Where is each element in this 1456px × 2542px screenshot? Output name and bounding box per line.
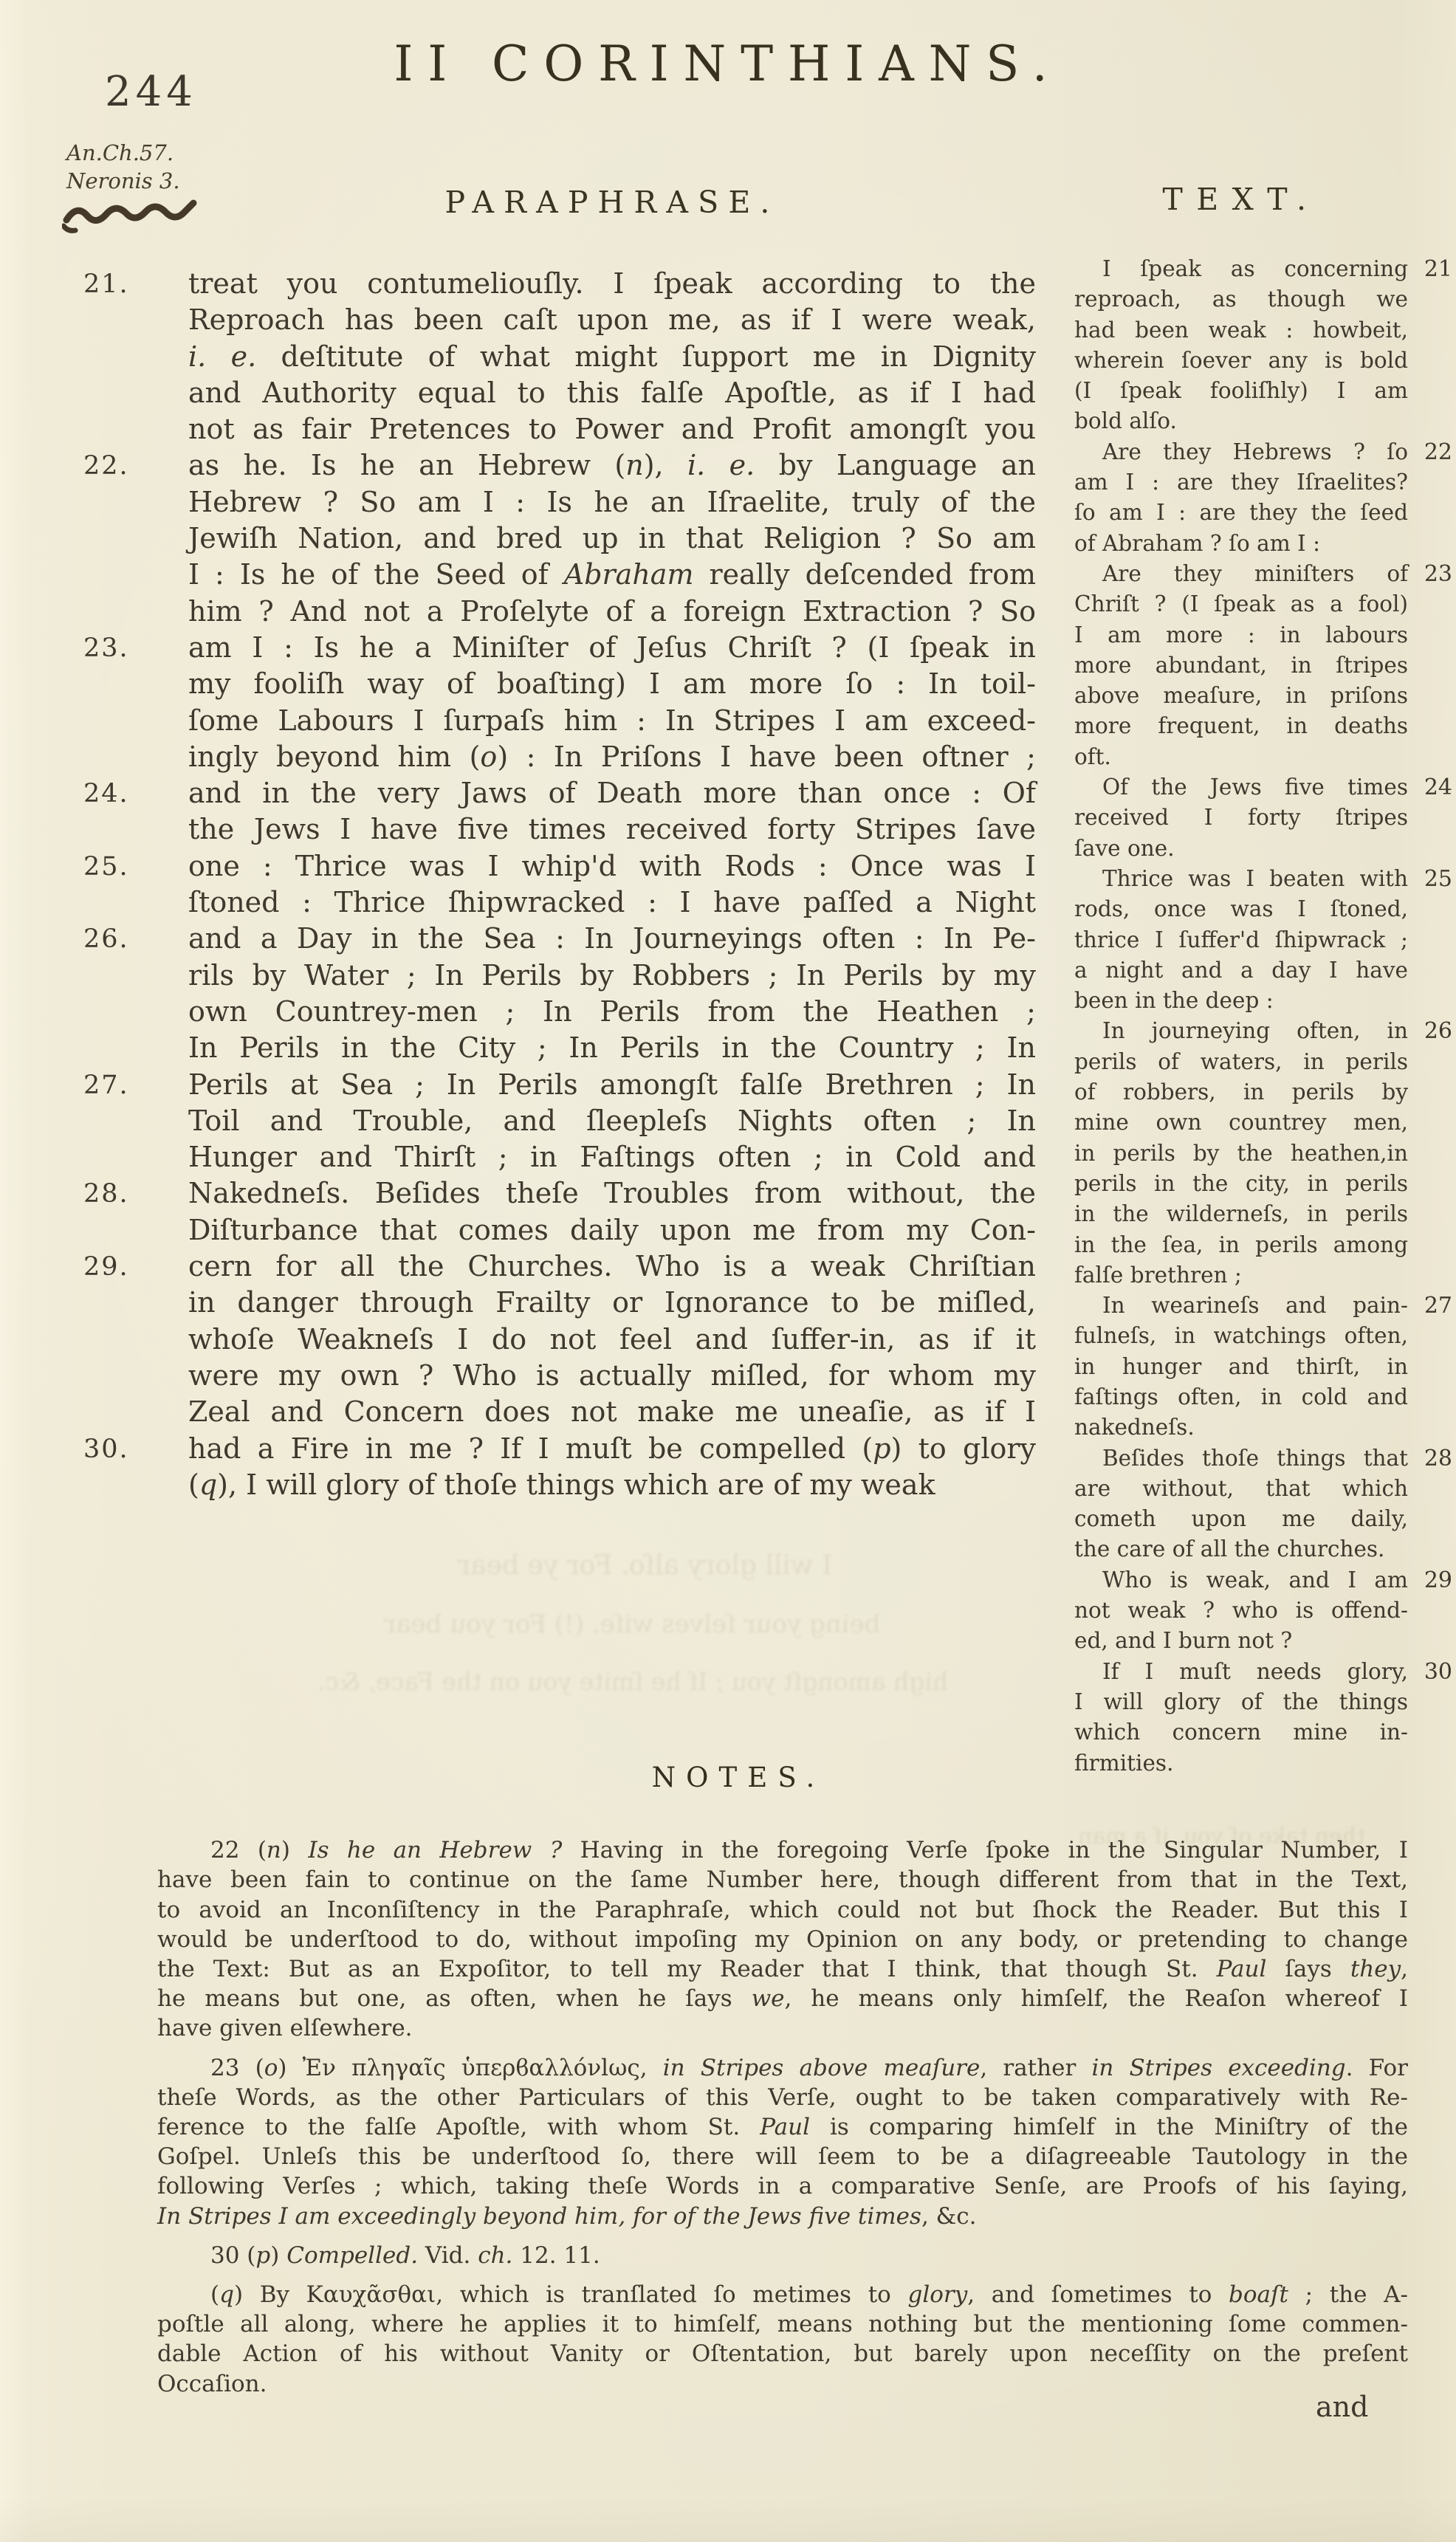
text-line: Hebrew ? So am I : Is he an Iſraelite, t…: [188, 484, 1036, 521]
text-line-content: Are they Hebrews ? ſo: [1102, 439, 1408, 464]
note-23o: 23 (o) Ἐν πληγαῖς ὑπερϐαλλόνlως, in Stri…: [157, 2053, 1408, 2231]
text-line: one : Thrice was I whip'd with Rods : On…: [188, 848, 1036, 884]
text-line-content: Beſides thoſe things that: [1102, 1446, 1408, 1471]
text-line: rods, once was I ſtoned,: [1074, 894, 1408, 924]
text-line: and Authority equal to this falſe Apoſtl…: [188, 375, 1036, 411]
text-line-content: In journeying often, in: [1102, 1018, 1408, 1043]
text-line-content: of robbers, in perils by: [1074, 1079, 1408, 1105]
text-line-content: perils in the city, in perils: [1074, 1171, 1408, 1196]
text-line-content: Chriſt ? (I ſpeak as a fool): [1074, 591, 1408, 616]
verse-number: 27.: [83, 1068, 142, 1104]
paraphrase-column: treat you contumeliouſly. I ſpeak accord…: [188, 266, 1036, 1503]
text-line-content: i. e. deſtitute of what might ſupport me…: [188, 340, 1036, 373]
text-line-content: and a Day in the Sea : In Journeyings of…: [188, 922, 1036, 955]
text-line-content: in the ſea, in perils among: [1074, 1232, 1408, 1257]
text-line-content: had been weak : howbeit,: [1074, 317, 1408, 343]
text-line: Occaſion.: [157, 2369, 1408, 2399]
text-line-content: in the wilderneſs, in perils: [1074, 1201, 1408, 1226]
text-line: the Text: But as an Expoſitor, to tell m…: [157, 1954, 1408, 1984]
text-line-content: Who is weak, and I am: [1102, 1567, 1408, 1593]
text-line-content: a night and a day I have: [1074, 958, 1408, 983]
text-line: in danger through Frailty or Ignorance t…: [188, 1285, 1036, 1321]
verse-number: 22: [1396, 437, 1452, 467]
text-line: I am more : in labours: [1074, 620, 1408, 650]
text-line-content: (q) By Καυχᾶσθαι, which is tranſlated ſo…: [210, 2281, 1408, 2308]
text-line-content: been in the deep :: [1074, 988, 1274, 1013]
text-line: Nakedneſs. Beſides theſe Troubles from w…: [188, 1175, 1036, 1212]
text-line: Zeal and Concern does not make me uneaſi…: [188, 1394, 1036, 1430]
text-line-content: Of the Jews five times: [1102, 774, 1408, 800]
text-line: more abundant, in ſtripes: [1074, 650, 1408, 681]
text-line: In journeying often, in26: [1074, 1016, 1408, 1046]
text-line-content: own Countrey-men ; In Perils from the He…: [188, 995, 1036, 1028]
text-line: of Abraham ? ſo am I :: [1074, 529, 1408, 559]
bleedthrough-fragment: being your ſelves wiſe. (!) For you bear: [384, 1610, 880, 1639]
verse-number: 29: [1396, 1565, 1452, 1595]
text-line: poſtle all along, where he applies it to…: [157, 2309, 1408, 2339]
text-line-content: In Stripes I am exceedingly beyond him, …: [157, 2203, 976, 2230]
text-line: not as fair Pretences to Power and Profi…: [188, 411, 1036, 447]
text-line: Reproach has been caſt upon me, as if I …: [188, 302, 1036, 338]
verse-number: 27: [1396, 1291, 1452, 1321]
text-line: ſtoned : Thrice ſhipwracked : I have paſ…: [188, 884, 1036, 921]
text-line-content: 30 (p) Compelled. Vid. ch. 12. 11.: [210, 2242, 600, 2269]
text-line-content: Goſpel. Unleſs this be underſtood ſo, th…: [157, 2143, 1408, 2170]
text-line-content: to avoid an Inconſiſtency in the Paraphr…: [157, 1897, 1408, 1923]
text-line: perils in the city, in perils: [1074, 1169, 1408, 1199]
text-line-content: are without, that which: [1074, 1476, 1408, 1501]
text-line-content: mine own countrey men,: [1074, 1110, 1408, 1135]
text-line-content: cern for all the Churches. Who is a weak…: [188, 1250, 1036, 1282]
text-line: and in the very Jaws of Death more than …: [188, 775, 1036, 811]
text-line: oft.: [1074, 742, 1408, 772]
text-line: of robbers, in perils by: [1074, 1077, 1408, 1107]
text-line-content: more abundant, in ſtripes: [1074, 653, 1408, 678]
text-line-content: not weak ? who is offend-: [1074, 1598, 1408, 1623]
text-line-content: Hebrew ? So am I : Is he an Iſraelite, t…: [188, 486, 1036, 518]
text-line: perils of waters, in perils: [1074, 1047, 1408, 1077]
text-line-content: perils of waters, in perils: [1074, 1049, 1408, 1074]
text-line-content: fulneſs, in watchings often,: [1074, 1323, 1408, 1348]
text-line: had been weak : howbeit,: [1074, 315, 1408, 346]
text-line: am I : Is he a Miniſter of Jeſus Chriſt …: [188, 630, 1036, 666]
text-line-content: which concern mine in-: [1074, 1720, 1408, 1745]
text-line-content: Hunger and Thirſt ; in Faſtings often ; …: [188, 1141, 1036, 1173]
text-line-content: above meaſure, in priſons: [1074, 683, 1408, 708]
notes-section: NOTES. 22 (n) Is he an Hebrew ? Having i…: [157, 1763, 1408, 2408]
text-line: more frequent, in deaths: [1074, 711, 1408, 741]
text-line: (I ſpeak fooliſhly) I am: [1074, 376, 1408, 406]
verse-number: 28: [1396, 1443, 1452, 1474]
text-line-content: theſe Words, as the other Particulars of…: [157, 2084, 1408, 2111]
text-line-content: Nakedneſs. Beſides theſe Troubles from w…: [188, 1177, 1036, 1209]
text-line-content: rils by Water ; In Perils by Robbers ; I…: [188, 959, 1036, 992]
text-line-content: one : Thrice was I whip'd with Rods : On…: [188, 850, 1036, 882]
verse-number: 30: [1396, 1657, 1452, 1687]
verse-number: 25: [1396, 864, 1452, 894]
text-line: Hunger and Thirſt ; in Faſtings often ; …: [188, 1139, 1036, 1175]
text-line: Thrice was I beaten with25: [1074, 864, 1408, 894]
text-line: would be underſtood to do, without impoſ…: [157, 1925, 1408, 1954]
text-line-content: and Authority equal to this falſe Apoſtl…: [188, 377, 1036, 409]
text-line-content: oft.: [1074, 744, 1111, 769]
text-line-content: Thrice was I beaten with: [1102, 866, 1408, 891]
text-line-content: following Verſes ; which, taking theſe W…: [157, 2173, 1408, 2199]
text-line: am I : are they Iſraelites?: [1074, 467, 1408, 498]
text-line: bold alſo.: [1074, 406, 1408, 436]
margin-note-line1: An.Ch.57.: [66, 139, 180, 167]
text-line-content: rods, once was I ſtoned,: [1074, 896, 1408, 921]
text-line-content: am I : Is he a Miniſter of Jeſus Chriſt …: [188, 631, 1036, 664]
text-line: falſe brethren ;: [1074, 1260, 1408, 1291]
running-title: II CORINTHIANS.: [0, 35, 1456, 92]
text-line: received I forty ſtripes: [1074, 803, 1408, 833]
text-line: Beſides thoſe things that28: [1074, 1443, 1408, 1474]
text-line: Goſpel. Unleſs this be underſtood ſo, th…: [157, 2142, 1408, 2171]
text-line-content: would be underſtood to do, without impoſ…: [157, 1926, 1408, 1953]
text-line-content: Toil and Trouble, and ſleepleſs Nights o…: [188, 1105, 1036, 1137]
verse-number: 29.: [83, 1249, 142, 1285]
text-line-content: more frequent, in deaths: [1074, 713, 1408, 738]
text-line: in the wilderneſs, in perils: [1074, 1199, 1408, 1229]
text-line-content: ſtoned : Thrice ſhipwracked : I have paſ…: [188, 886, 1036, 918]
paraphrase-column-heading: PARAPHRASE.: [188, 185, 1036, 220]
text-column-heading: TEXT.: [1074, 182, 1408, 217]
text-line-content: in hunger and thirſt, in: [1074, 1354, 1408, 1379]
text-line: Jewiſh Nation, and bred up in that Relig…: [188, 521, 1036, 557]
verse-number: 26.: [83, 921, 142, 958]
text-line: In wearineſs and pain-27: [1074, 1291, 1408, 1321]
text-line: Diſturbance that comes daily upon me fro…: [188, 1212, 1036, 1248]
text-line: the Jews I have five times received fort…: [188, 811, 1036, 848]
text-line: been in the deep :: [1074, 986, 1408, 1016]
text-line-content: received I forty ſtripes: [1074, 805, 1408, 830]
text-line: cern for all the Churches. Who is a weak…: [188, 1248, 1036, 1285]
text-line: Chriſt ? (I ſpeak as a fool): [1074, 589, 1408, 619]
text-line: thrice I ſuffer'd ſhipwrack ;: [1074, 925, 1408, 955]
text-line: rils by Water ; In Perils by Robbers ; I…: [188, 958, 1036, 994]
verse-number: 24.: [83, 776, 142, 812]
verse-number: 30.: [83, 1432, 142, 1468]
text-line: in perils by the heathen,in: [1074, 1138, 1408, 1169]
text-line-content: in perils by the heathen,in: [1074, 1141, 1408, 1166]
verse-number: 24: [1396, 772, 1452, 803]
text-line: wherein ſoever any is bold: [1074, 346, 1408, 376]
text-line-content: nakedneſs.: [1074, 1415, 1195, 1440]
text-line-content: Zeal and Concern does not make me uneaſi…: [188, 1395, 1036, 1428]
bleedthrough-fragment: then take of you, if a man: [1078, 1824, 1365, 1849]
text-line: Are they Hebrews ? ſo22: [1074, 437, 1408, 467]
catchword: and: [1316, 2391, 1368, 2423]
text-line: not weak ? who is offend-: [1074, 1595, 1408, 1626]
text-line-content: in danger through Frailty or Ignorance t…: [188, 1286, 1036, 1319]
text-line: ference to the falſe Apoſtle, with whom …: [157, 2112, 1408, 2142]
text-line: dable Action of his without Vanity or Oſ…: [157, 2339, 1408, 2368]
text-line: I will glory of the things: [1074, 1687, 1408, 1717]
text-line: 30 (p) Compelled. Vid. ch. 12. 11.: [157, 2241, 1408, 2270]
text-line: ſave one.: [1074, 834, 1408, 864]
text-line-content: reproach, as though we: [1074, 286, 1408, 312]
text-line: (q), I will glory of thoſe things which …: [188, 1467, 1036, 1503]
text-line: as he. Is he an Hebrew (n), i. e. by Lan…: [188, 447, 1036, 484]
text-line-content: ſave one.: [1074, 836, 1175, 861]
note-22n: 22 (n) Is he an Hebrew ? Having in the f…: [157, 1835, 1408, 2043]
margin-flourish-icon: [62, 198, 199, 239]
text-line-content: falſe brethren ;: [1074, 1263, 1242, 1288]
text-line-content: my fooliſh way of boaſting) I am more ſo…: [188, 667, 1036, 700]
text-line-content: he means but one, as often, when he ſays…: [157, 1985, 1408, 2012]
text-line-content: had a Fire in me ? If I muſt be compelle…: [188, 1432, 1036, 1465]
margin-note-line2: Neronis 3.: [66, 167, 180, 195]
book-page: 244 II CORINTHIANS. An.Ch.57. Neronis 3.…: [0, 0, 1456, 2542]
verse-number: 23.: [83, 631, 142, 667]
text-line: 23 (o) Ἐν πληγαῖς ὑπερϐαλλόνlως, in Stri…: [157, 2053, 1408, 2083]
text-line: own Countrey-men ; In Perils from the He…: [188, 994, 1036, 1030]
text-line-content: I : Is he of the Seed of Abraham really …: [188, 558, 1036, 591]
text-line: to avoid an Inconſiſtency in the Paraphr…: [157, 1895, 1408, 1925]
text-line-content: faſtings often, in cold and: [1074, 1384, 1408, 1409]
text-line: had a Fire in me ? If I muſt be compelle…: [188, 1431, 1036, 1467]
text-line: in hunger and thirſt, in: [1074, 1352, 1408, 1382]
text-line-content: not as fair Pretences to Power and Profi…: [188, 413, 1036, 445]
text-line: In Stripes I am exceedingly beyond him, …: [157, 2202, 1408, 2231]
text-line: In Perils in the City ; In Perils in the…: [188, 1030, 1036, 1066]
text-line-content: treat you contumeliouſly. I ſpeak accord…: [188, 267, 1036, 300]
text-line-content: Diſturbance that comes daily upon me fro…: [188, 1214, 1036, 1246]
text-line-content: (q), I will glory of thoſe things which …: [188, 1468, 935, 1501]
text-line: I ſpeak as concerning21: [1074, 254, 1408, 284]
text-line: following Verſes ; which, taking theſe W…: [157, 2171, 1408, 2201]
text-line: in the ſea, in perils among: [1074, 1230, 1408, 1260]
text-line-content: the Jews I have five times received fort…: [188, 813, 1036, 845]
text-line: a night and a day I have: [1074, 955, 1408, 986]
text-line-content: 23 (o) Ἐν πληγαῖς ὑπερϐαλλόνlως, in Stri…: [210, 2055, 1408, 2081]
text-line: Toil and Trouble, and ſleepleſs Nights o…: [188, 1103, 1036, 1139]
text-line-content: Perils at Sea ; In Perils amongſt falſe …: [188, 1068, 1036, 1101]
text-line-content: and in the very Jaws of Death more than …: [188, 777, 1036, 809]
text-line-content: dable Action of his without Vanity or Oſ…: [157, 2340, 1408, 2367]
bleedthrough-fragment: I will glory alſo. For ye bear: [458, 1550, 832, 1581]
text-line: cometh upon me daily,: [1074, 1504, 1408, 1534]
text-line: above meaſure, in priſons: [1074, 681, 1408, 711]
text-line: ingly beyond him (o) : In Priſons I have…: [188, 739, 1036, 775]
text-line-content: I am more : in labours: [1074, 622, 1408, 647]
text-line-content: the care of all the churches.: [1074, 1536, 1384, 1562]
notes-heading: NOTES.: [69, 1763, 1408, 1793]
text-line: he means but one, as often, when he ſays…: [157, 1984, 1408, 2013]
verse-number: 23: [1396, 559, 1452, 589]
text-line: faſtings often, in cold and: [1074, 1382, 1408, 1412]
note-q: (q) By Καυχᾶσθαι, which is tranſlated ſo…: [157, 2280, 1408, 2399]
text-line-content: Jewiſh Nation, and bred up in that Relig…: [188, 522, 1036, 554]
text-line-content: Occaſion.: [157, 2371, 267, 2397]
text-line-content: cometh upon me daily,: [1074, 1506, 1408, 1531]
text-line: theſe Words, as the other Particulars of…: [157, 2083, 1408, 2112]
text-line-content: were my own ? Who is actually miſled, fo…: [188, 1359, 1036, 1392]
text-line: which concern mine in-: [1074, 1717, 1408, 1748]
text-line: were my own ? Who is actually miſled, fo…: [188, 1358, 1036, 1394]
text-line: mine own countrey men,: [1074, 1107, 1408, 1138]
text-column: I ſpeak as concerning21reproach, as thou…: [1074, 254, 1408, 1779]
text-line-content: bold alſo.: [1074, 408, 1177, 433]
verse-number: 25.: [83, 849, 142, 885]
text-line-content: ference to the falſe Apoſtle, with whom …: [157, 2114, 1408, 2140]
text-line: are without, that which: [1074, 1474, 1408, 1504]
text-line-content: of Abraham ? ſo am I :: [1074, 531, 1320, 556]
text-line-content: thrice I ſuffer'd ſhipwrack ;: [1074, 927, 1408, 952]
text-line-content: I will glory of the things: [1074, 1689, 1408, 1714]
text-line-content: If I muſt needs glory,: [1102, 1659, 1408, 1684]
text-line: (q) By Καυχᾶσθαι, which is tranſlated ſo…: [157, 2280, 1408, 2309]
text-line: If I muſt needs glory,30: [1074, 1657, 1408, 1687]
text-line: Who is weak, and I am29: [1074, 1565, 1408, 1595]
verse-number: 26: [1396, 1016, 1452, 1046]
text-line-content: him ? And not a Proſelyte of a foreign E…: [188, 595, 1036, 628]
text-line: Of the Jews five times24: [1074, 772, 1408, 803]
text-line-content: as he. Is he an Hebrew (n), i. e. by Lan…: [188, 449, 1036, 481]
text-line: ſo am I : are they the ſeed: [1074, 498, 1408, 528]
text-line-content: whoſe Weakneſs I do not feel and ſuffer-…: [188, 1323, 1036, 1356]
text-line: Perils at Sea ; In Perils amongſt falſe …: [188, 1067, 1036, 1103]
text-line-content: am I : are they Iſraelites?: [1074, 470, 1408, 495]
text-line: nakedneſs.: [1074, 1412, 1408, 1443]
text-line: reproach, as though we: [1074, 284, 1408, 315]
text-line-content: Are they miniſters of: [1102, 561, 1408, 586]
text-line: ed, and I burn not ?: [1074, 1626, 1408, 1656]
text-line: i. e. deſtitute of what might ſupport me…: [188, 339, 1036, 375]
text-line-content: the Text: But as an Expoſitor, to tell m…: [157, 1956, 1408, 1982]
verse-number: 21: [1396, 254, 1452, 284]
verse-number: 28.: [83, 1176, 142, 1212]
text-line-content: (I ſpeak fooliſhly) I am: [1074, 378, 1408, 403]
text-line-content: I ſpeak as concerning: [1102, 256, 1408, 281]
bleedthrough-fragment: high amongſt you ; If he ſmite you on th…: [317, 1667, 948, 1696]
text-line: whoſe Weakneſs I do not feel and ſuffer-…: [188, 1322, 1036, 1358]
text-line-content: wherein ſoever any is bold: [1074, 348, 1408, 373]
text-line-content: have been fain to continue on the ſame N…: [157, 1866, 1408, 1893]
text-line: my fooliſh way of boaſting) I am more ſo…: [188, 666, 1036, 702]
text-line: fulneſs, in watchings often,: [1074, 1321, 1408, 1351]
text-line-content: ſome Labours I ſurpaſs him : In Stripes …: [188, 704, 1036, 737]
text-line-content: ingly beyond him (o) : In Priſons I have…: [188, 741, 1036, 773]
text-line-content: ed, and I burn not ?: [1074, 1628, 1292, 1653]
verse-number: 22.: [83, 448, 142, 484]
text-line: treat you contumeliouſly. I ſpeak accord…: [188, 266, 1036, 302]
text-line-content: In Perils in the City ; In Perils in the…: [188, 1031, 1036, 1064]
text-line-content: Reproach has been caſt upon me, as if I …: [188, 303, 1036, 336]
text-line: I : Is he of the Seed of Abraham really …: [188, 557, 1036, 593]
text-line: have been fain to continue on the ſame N…: [157, 1865, 1408, 1895]
text-line: and a Day in the Sea : In Journeyings of…: [188, 921, 1036, 957]
margin-date-note: An.Ch.57. Neronis 3.: [66, 139, 180, 195]
text-line-content: have given elſewhere.: [157, 2015, 413, 2041]
text-line: the care of all the churches.: [1074, 1534, 1408, 1564]
note-30p: 30 (p) Compelled. Vid. ch. 12. 11.: [157, 2241, 1408, 2270]
text-line: have given elſewhere.: [157, 2013, 1408, 2043]
text-line: ſome Labours I ſurpaſs him : In Stripes …: [188, 703, 1036, 739]
text-line-content: ſo am I : are they the ſeed: [1074, 500, 1408, 525]
text-line-content: poſtle all along, where he applies it to…: [157, 2311, 1408, 2337]
verse-number: 21.: [83, 267, 142, 303]
text-line: Are they miniſters of23: [1074, 559, 1408, 589]
text-line-content: In wearineſs and pain-: [1102, 1293, 1408, 1318]
text-line: him ? And not a Proſelyte of a foreign E…: [188, 594, 1036, 630]
